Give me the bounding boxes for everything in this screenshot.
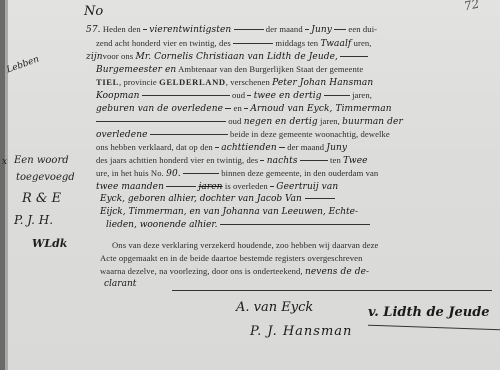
declarant1-name-field: Peter Johan Hansman (272, 78, 373, 88)
closing-line-4: clarant (104, 279, 136, 289)
body-line-7: geburen van de overledene en Arnoud van … (96, 103, 392, 114)
official-title-field: Burgemeester en (96, 65, 176, 75)
margin-symbol: x (2, 157, 7, 167)
margin-note-top: Lebben (5, 54, 40, 75)
header-mark: No (84, 4, 103, 19)
death-time-of-day: nachts (267, 156, 298, 166)
binding-shadow (5, 0, 8, 370)
margin-initials-2: P. J. H. (14, 213, 53, 227)
hour-field: Twaalf (320, 39, 351, 49)
province: GELDERLAND (159, 77, 226, 87)
closing-rule (172, 290, 492, 291)
struck-word: jaren (198, 182, 222, 192)
body-line-6: Koopman oud twee en dertig jaren, (96, 90, 372, 101)
body-line-10: ons hebben verklaard, dat op den achttie… (96, 142, 347, 153)
body-line-9: overledene beide in deze gemeente woonac… (96, 129, 390, 140)
declarant1-age: twee en dertig (254, 91, 322, 101)
act-number: 57. (86, 25, 101, 35)
death-month-field: Juny (326, 143, 347, 153)
official-name-field: Mr. Cornelis Christiaan van Lidth de Jeu… (136, 52, 339, 62)
signature-underline (368, 325, 500, 331)
body-line-14: Eyck, geboren alhier, dochter van Jacob … (100, 194, 335, 204)
body-line-4: Burgemeester en Ambtenaar van den Burger… (96, 64, 363, 75)
body-line-16: lieden, woonende alhier. (106, 220, 370, 230)
body-line-13: twee maanden jaren is overleden Geertrui… (96, 181, 338, 192)
declarant2-relation: buurman der (342, 117, 403, 127)
month-field: Juny (311, 25, 332, 35)
closing-line-1: Ons van deze verklaring verzekerd houden… (112, 240, 378, 250)
body-line-1: 57. Heden den vierentwintigsten der maan… (86, 24, 377, 35)
page-number: 72 (463, 0, 481, 13)
declarant1-relation: geburen van de overledene (96, 104, 223, 114)
body-line-15: Eijck, Timmerman, en van Johanna van Lee… (100, 207, 358, 217)
signature-official: v. Lidth de Jeude (368, 305, 490, 320)
signature-declarant-1: A. van Eyck (236, 300, 313, 315)
municipality: TIEL (96, 77, 119, 87)
closing-line-3: waarna dezelve, na voorlezing, door ons … (100, 266, 369, 277)
deceased-age-field: twee maanden (96, 182, 164, 192)
body-line-2: zend acht honderd vier en twintig, des m… (96, 38, 372, 49)
margin-initials-1: R & E (22, 191, 61, 206)
declarant2-age: negen en dertig (244, 117, 318, 127)
margin-initials-3: WLdk (32, 237, 67, 250)
house-number-field: 90. (166, 169, 181, 179)
body-line-8: oud negen en dertig jaren, buurman der (96, 116, 403, 127)
body-line-11: des jaars achttien honderd vier en twint… (96, 155, 368, 166)
signature-declarant-2: P. J. Hansman (250, 324, 352, 339)
declarant1-occupation: Koopman (96, 91, 139, 101)
body-line-5: TIEL, provincie GELDERLAND, verschenen P… (96, 77, 373, 88)
body-line-3: zijnvoor ons Mr. Cornelis Christiaan van… (86, 51, 368, 62)
death-day-field: achttienden (221, 143, 276, 153)
deceased-name-field: Geertruij van (276, 182, 338, 192)
record-page: 72 No Lebben x Een woord toegevoegd R & … (0, 0, 500, 370)
declarant2-name-field: Arnoud van Eyck, Timmerman (250, 104, 391, 114)
day-field: vierentwintigsten (149, 25, 231, 35)
death-hour-field: Twee (343, 156, 367, 166)
margin-note-2: toegevoegd (16, 172, 75, 183)
margin-note-1: Een woord (14, 155, 69, 166)
body-line-12: ure, in het huis No. 90. binnen deze gem… (96, 168, 378, 179)
closing-line-2: Acte opgemaakt en in de beide daartoe be… (100, 253, 363, 263)
